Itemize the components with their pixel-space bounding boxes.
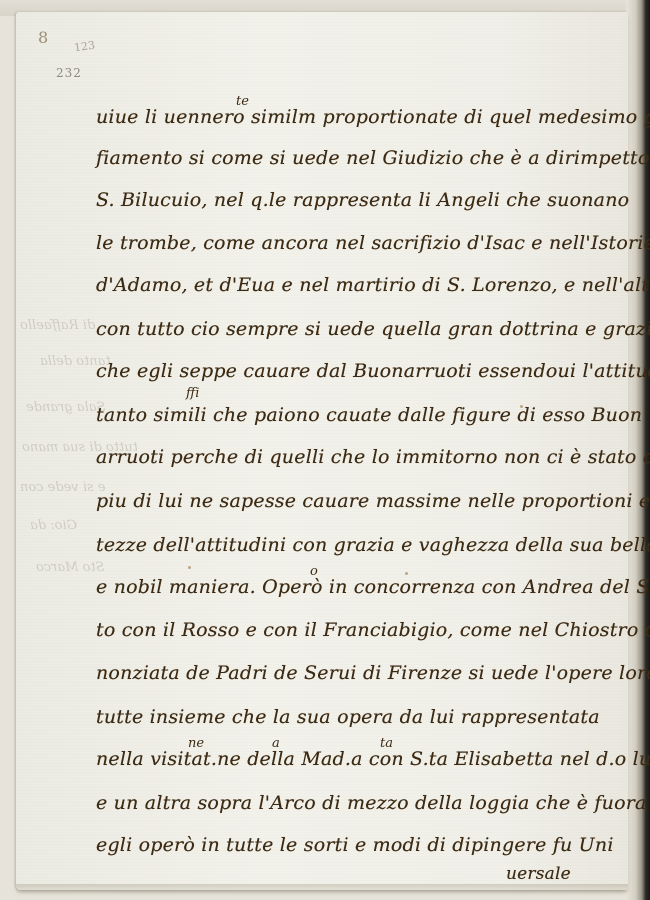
manuscript-line-13: to con il Rosso e con il Franciabigio, c… xyxy=(96,619,650,659)
superscript: a xyxy=(272,736,280,751)
bleed-through-text: Sto Marco xyxy=(36,560,104,575)
manuscript-line-6: con tutto cio sempre si uede quella gran… xyxy=(96,318,650,358)
manuscript-line-14: nonziata de Padri de Serui di Firenze si… xyxy=(96,662,650,702)
manuscript-line-2: fiamento si come si uede nel Giudizio ch… xyxy=(96,147,650,187)
manuscript-line-17: e un altra sopra l'Arco di mezzo della l… xyxy=(96,792,647,832)
manuscript-line-10: piu di lui ne sapesse cauare massime nel… xyxy=(96,490,650,530)
manuscript-line-15: tutte insieme che la sua opera da lui ra… xyxy=(96,706,600,746)
folio-mark: 8 xyxy=(38,28,48,47)
superscript: te xyxy=(236,94,249,109)
manuscript-line-1: uiue li uennero similm proportionate di … xyxy=(96,106,650,146)
bleed-through-text: Gio: da xyxy=(30,518,77,533)
manuscript-line-3: S. Bilucuio, nel q.le rappresenta li Ang… xyxy=(96,189,629,229)
page-number: 232 xyxy=(56,66,82,80)
manuscript-line-4: le trombe, come ancora nel sacrifizio d'… xyxy=(96,232,650,272)
manuscript-line-5: d'Adamo, et d'Eua e nel martirio di S. L… xyxy=(96,274,650,314)
manuscript-line-16: nella visitat.ne della Mad.a con S.ta El… xyxy=(96,748,650,788)
superscript: ta xyxy=(380,736,393,751)
bleed-through-text: Sala grande xyxy=(26,400,105,415)
superscript: ffi xyxy=(186,386,199,401)
manuscript-line-7: che egli seppe cauare dal Buonarruoti es… xyxy=(96,360,650,400)
catchword: uersale xyxy=(506,864,571,900)
bleed-through-text: di Raffaello xyxy=(20,318,95,333)
manuscript-scan: 8 123 232 di Raffaello tanto della Sala … xyxy=(0,0,650,900)
superscript: o xyxy=(310,564,318,579)
superscript: ne xyxy=(188,736,204,751)
manuscript-line-11: tezze dell'attitudini con grazia e vaghe… xyxy=(96,534,650,574)
manuscript-line-12: e nobil maniera. Operò in concorrenza co… xyxy=(96,576,650,616)
manuscript-line-8: tanto simili che paiono cauate dalle fig… xyxy=(96,404,642,444)
manuscript-line-9: arruoti perche di quelli che lo immitorn… xyxy=(96,446,650,486)
bleed-through-text: e si vede con xyxy=(20,480,105,495)
